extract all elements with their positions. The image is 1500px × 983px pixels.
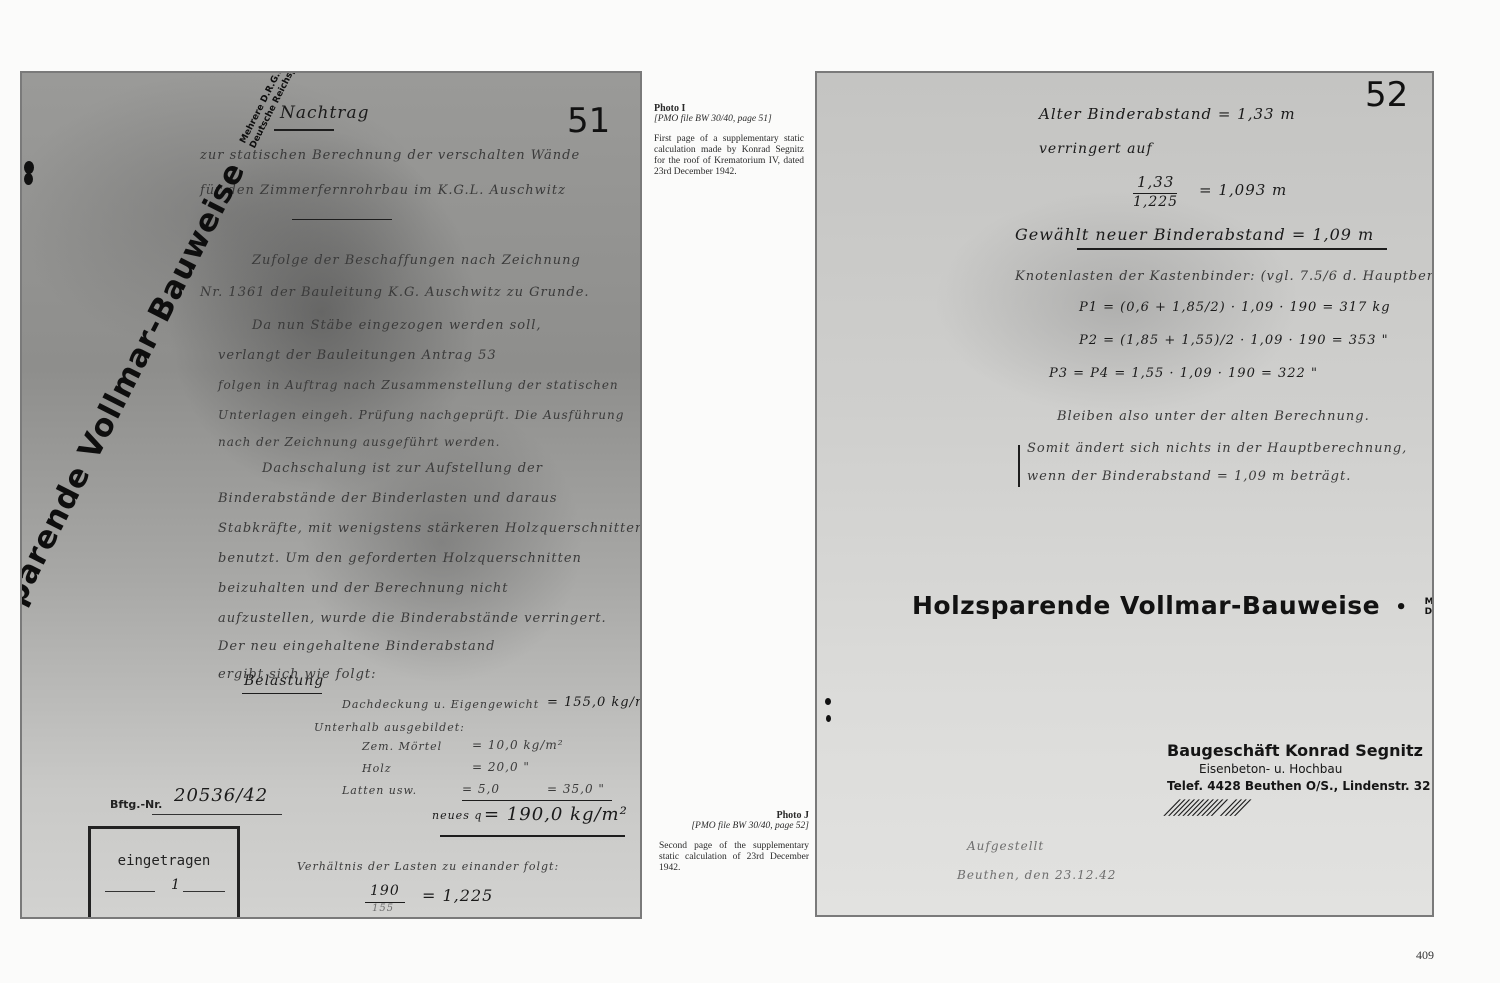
diagonal-company-stamp: Holzsparende Vollmar-Bauweise Mehrere D.… xyxy=(20,184,238,699)
registration-box-stamp: eingetragen 1 xyxy=(88,826,240,919)
closing-line: Bleiben also unter der alten Berechnung. xyxy=(1057,409,1370,424)
caption-description: Second page of the supplementary static … xyxy=(659,841,809,874)
caption-title: Photo I xyxy=(654,103,804,114)
load-total-value: = 190,0 kg/m² xyxy=(484,804,628,825)
fraction-numerator: 1,33 xyxy=(1137,173,1174,191)
register-underline xyxy=(152,814,282,815)
caption-title: Photo J xyxy=(659,810,809,821)
load-row-value: = 155,0 kg/m² xyxy=(547,695,642,710)
load-row-label: Holz xyxy=(362,762,392,775)
firm-rubber-stamp: Baugeschäft Konrad Segnitz Eisenbeton- u… xyxy=(1167,741,1430,793)
caption-source: [PMO file BW 30/40, page 51] xyxy=(654,114,804,125)
load-row-label: Latten usw. xyxy=(342,784,417,797)
box-stamp-label: eingetragen xyxy=(91,853,237,869)
load-row-label: Zem. Mörtel xyxy=(362,740,442,753)
load-heading: Belastung xyxy=(244,673,324,689)
load-row-value: = 5,0 xyxy=(462,782,500,796)
heading-underline xyxy=(274,129,334,131)
formula-p1: P1 = (0,6 + 1,85/2) · 1,09 · 190 = 317 k… xyxy=(1079,300,1391,315)
ratio-result: = 1,225 xyxy=(422,886,493,905)
handwritten-line: Dachschalung ist zur Aufstellung der xyxy=(262,461,543,476)
handwritten-line: Alter Binderabstand = 1,33 m xyxy=(1039,105,1296,123)
doc-heading: Nachtrag xyxy=(280,103,369,123)
page-number: 51 xyxy=(567,101,610,141)
handwritten-line: für den Zimmerfernrohrbau im K.G.L. Ausc… xyxy=(200,183,566,198)
photo-j-document-page-52: 52 Alter Binderabstand = 1,33 m verringe… xyxy=(815,71,1434,917)
load-row-value: = 10,0 kg/m² xyxy=(472,738,564,752)
handwritten-line: Nr. 1361 der Bauleitung K.G. Auschwitz z… xyxy=(200,285,590,300)
handwritten-line: benutzt. Um den geforderten Holzquerschn… xyxy=(218,551,582,566)
letterhead-main-text: Holzsparende Vollmar-Bauweise xyxy=(912,591,1380,620)
firm-address: Telef. 4428 Beuthen O/S., Lindenstr. 32 xyxy=(1167,779,1430,793)
handwritten-line: folgen in Auftrag nach Zusammenstellung … xyxy=(218,378,619,392)
load-row-label: Unterhalb ausgebildet: xyxy=(314,721,465,734)
handwritten-line: verlangt der Bauleitungen Antrag 53 xyxy=(218,348,497,363)
load-row-subtotal: = 35,0 " xyxy=(547,782,605,796)
result-underline xyxy=(1077,248,1387,250)
handwritten-line: Unterlagen eingeh. Prüfung nachgeprüft. … xyxy=(218,408,624,422)
fraction-result: = 1,093 m xyxy=(1199,181,1287,199)
formula-p2: P2 = (1,85 + 1,55)/2 · 1,09 · 190 = 353 … xyxy=(1079,333,1389,348)
register-number: 20536/42 xyxy=(174,785,268,806)
handwritten-line: Stabkräfte, mit wenigstens stärkeren Hol… xyxy=(218,521,642,536)
signature-note: Aufgestellt xyxy=(967,839,1044,853)
formula-p3-p4: P3 = P4 = 1,55 · 1,09 · 190 = 322 " xyxy=(1049,366,1318,381)
signature-note: Beuthen, den 23.12.42 xyxy=(957,868,1116,882)
box-stamp-line xyxy=(105,891,155,892)
punch-hole-mark xyxy=(826,715,831,722)
punch-hole-mark xyxy=(24,173,33,185)
handwritten-line-result: Gewählt neuer Binderabstand = 1,09 m xyxy=(1015,225,1374,244)
firm-subtitle: Eisenbeton- u. Hochbau xyxy=(1199,762,1430,776)
box-stamp-line xyxy=(183,891,225,892)
handwritten-line: Der neu eingehaltene Binderabstand xyxy=(218,639,495,654)
handwritten-line: beizuhalten und der Berechnung nicht xyxy=(218,581,508,596)
handwritten-line: Da nun Stäbe eingezogen werden soll, xyxy=(252,318,542,333)
handwritten-line: verringert auf xyxy=(1039,141,1153,157)
register-label: Bftg.-Nr. xyxy=(110,798,162,811)
company-letterhead: Holzsparende Vollmar-Bauweise • Mehrere … xyxy=(912,591,1434,620)
caption-source: [PMO file BW 30/40, page 52] xyxy=(659,821,809,832)
handwritten-line: Knotenlasten der Kastenbinder: (vgl. 7.5… xyxy=(1015,269,1434,284)
bullet-separator: • xyxy=(1395,597,1407,618)
closing-line: Somit ändert sich nichts in der Hauptber… xyxy=(1027,441,1407,456)
page-number: 52 xyxy=(1365,75,1408,115)
box-stamp-value: 1 xyxy=(171,877,181,893)
punch-hole-mark xyxy=(825,698,831,705)
margin-bracket xyxy=(1018,445,1020,487)
photo-i-document-page-51: Nachtrag 51 zur statischen Berechnung de… xyxy=(20,71,642,919)
handwritten-line: nach der Zeichnung ausgeführt werden. xyxy=(218,435,500,449)
load-row-label: Dachdeckung u. Eigengewicht xyxy=(342,698,539,711)
total-double-underline xyxy=(440,835,625,837)
ratio-numerator: 190 xyxy=(370,883,400,899)
divider-line xyxy=(292,219,392,220)
ratio-denominator: 155 xyxy=(372,903,394,914)
handwritten-line: Binderabstände der Binderlasten und dara… xyxy=(218,491,558,506)
handwritten-line: aufzustellen, wurde die Binderabstände v… xyxy=(218,611,607,626)
page-folio-number: 409 xyxy=(1416,948,1434,963)
caption-photo-j: Photo J [PMO file BW 30/40, page 52] Sec… xyxy=(659,810,809,874)
firm-name: Baugeschäft Konrad Segnitz xyxy=(1167,741,1430,760)
load-row-value: = 20,0 " xyxy=(472,760,530,774)
load-row-label: neues q xyxy=(432,809,482,822)
letterhead-small-text: Mehrere D.R.G.M. sind eingetragen Deutsc… xyxy=(1425,597,1434,617)
signature-scribble: /////////// //// xyxy=(1163,795,1250,819)
handwritten-line: Zufolge der Beschaffungen nach Zeichnung xyxy=(252,253,581,268)
caption-description: First page of a supplementary static cal… xyxy=(654,134,804,178)
caption-photo-i: Photo I [PMO file BW 30/40, page 51] Fir… xyxy=(654,103,804,178)
load-heading-underline xyxy=(242,693,322,694)
ratio-note: Verhältnis der Lasten zu einander folgt: xyxy=(297,860,559,873)
fraction-denominator: 1,225 xyxy=(1133,194,1178,210)
closing-line: wenn der Binderabstand = 1,09 m beträgt. xyxy=(1027,469,1351,484)
sum-line xyxy=(462,800,612,801)
